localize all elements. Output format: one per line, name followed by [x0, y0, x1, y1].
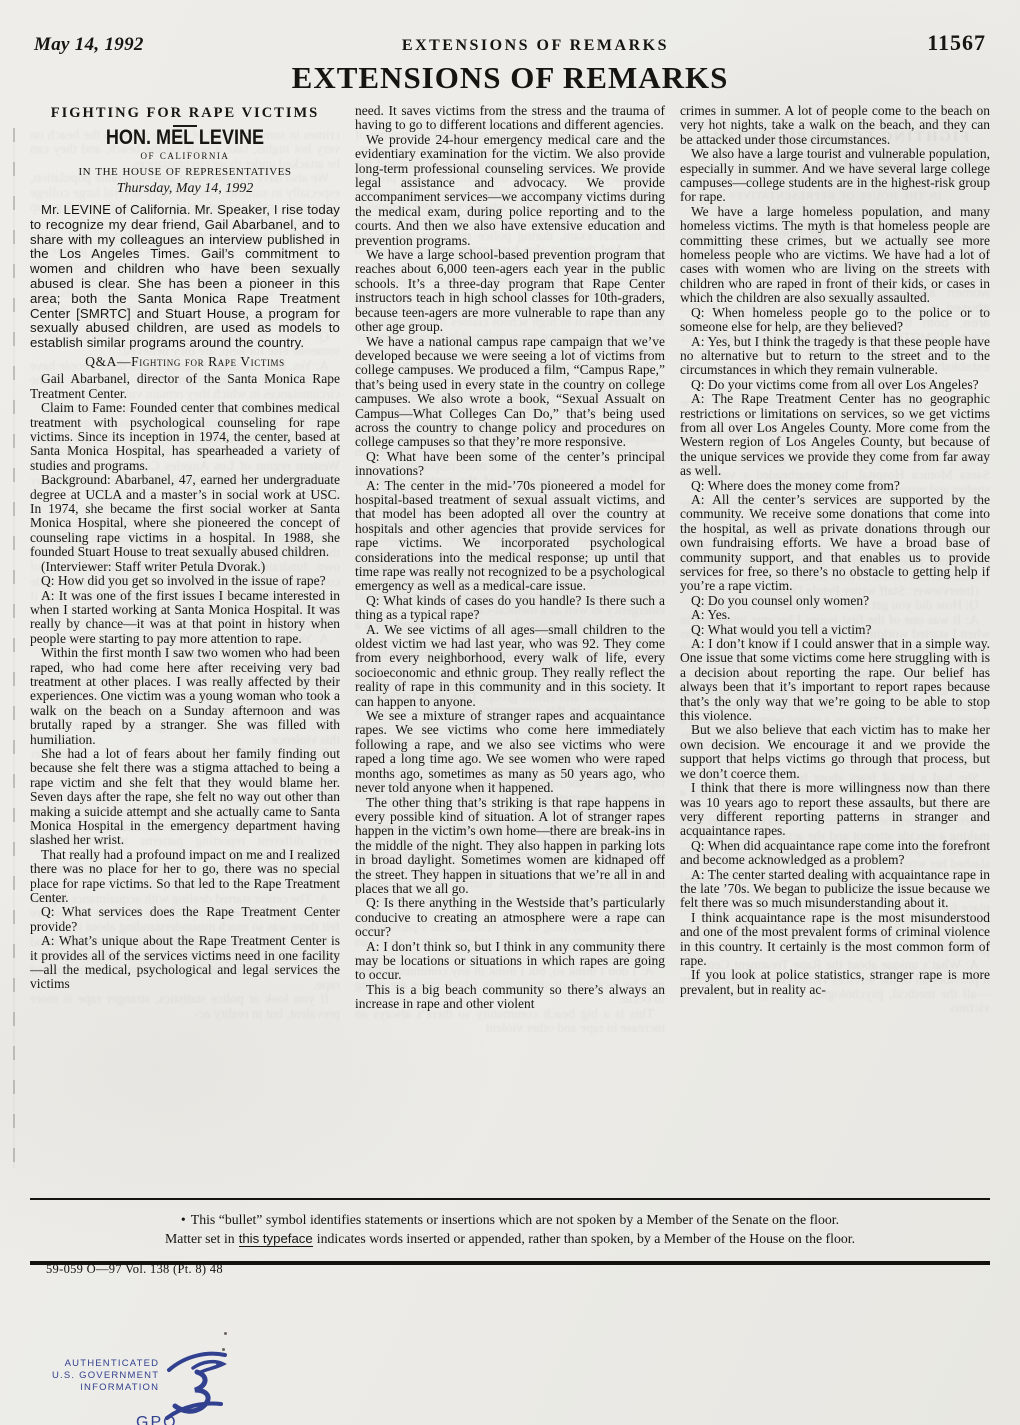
paragraph: But we also believe that each victim has… [680, 723, 990, 781]
paragraph: A: Yes. [680, 608, 990, 622]
paragraph: Q: When homeless people go to the police… [680, 306, 990, 335]
member-name: HON. MEL LEVINE [52, 131, 319, 145]
gpo-authenticated-text: AUTHENTICATED U.S. GOVERNMENT INFORMATIO… [52, 1348, 159, 1394]
paragraph: That really had a profound impact on me … [30, 848, 340, 906]
paragraph: She had a lot of fears about her family … [30, 747, 340, 848]
paragraph: need. It saves victims from the stress a… [355, 104, 665, 133]
paragraph: We have a national campus rape campaign … [355, 335, 665, 450]
paragraph: A. We see victims of all ages—small chil… [355, 623, 665, 709]
paragraph: Q: What kinds of cases do you handle? Is… [355, 594, 665, 623]
gpo-line-1: AUTHENTICATED [52, 1358, 159, 1370]
gpo-logo: AUTHENTICATED U.S. GOVERNMENT INFORMATIO… [52, 1348, 227, 1425]
member-state: of california [30, 148, 340, 162]
typeface-footnote: Matter set inthis typefaceindicates word… [90, 1231, 930, 1247]
qa-heading: Q&A—Fighting for Rape Victims [30, 355, 340, 369]
paragraph: Q: Is there anything in the Westside tha… [355, 896, 665, 939]
gpo-line-2: U.S. GOVERNMENT [52, 1370, 159, 1382]
paragraph: Claim to Fame: Founded center that combi… [30, 401, 340, 473]
paragraph: This is a big beach community so there’s… [355, 983, 665, 1012]
paragraph: We have a large homeless population, and… [680, 205, 990, 306]
columns: FIGHTING FOR RAPE VICTIMSHON. MEL LEVINE… [0, 96, 1020, 1147]
paragraph: Q: Do your victims come from all over Lo… [680, 378, 990, 392]
running-title: EXTENSIONS OF REMARKS [402, 37, 669, 55]
typeface-footnote-post: indicates words inserted or appended, ra… [317, 1231, 855, 1246]
paragraph: We also have a large tourist and vulnera… [680, 147, 990, 205]
paragraph: Gail Abarbanel, director of the Santa Mo… [30, 372, 340, 401]
page-number: 11567 [927, 30, 986, 56]
paragraph: I think acquaintance rape is the most mi… [680, 911, 990, 969]
paragraph: I think that there is more willingness n… [680, 781, 990, 839]
paragraph: crimes in summer. A lot of people come t… [680, 104, 990, 147]
paragraph: Q: Where does the money come from? [680, 479, 990, 493]
paragraph: A: I don’t think so, but I think in any … [355, 940, 665, 983]
column-1: FIGHTING FOR RAPE VICTIMSHON. MEL LEVINE… [30, 104, 340, 1147]
paragraph: Q: Do you counsel only women? [680, 594, 990, 608]
sitting-date: Thursday, May 14, 1992 [30, 182, 340, 196]
paragraph: We have a large school-based prevention … [355, 248, 665, 334]
paragraph: A: The center in the mid-’70s pioneered … [355, 479, 665, 594]
paragraph: A: I don’t know if I could answer that i… [680, 637, 990, 723]
paragraph: Within the first month I saw two women w… [30, 646, 340, 747]
paragraph: Q: What would you tell a victim? [680, 623, 990, 637]
print-imprint: 59-059 O—97 Vol. 138 (Pt. 8) 48 [46, 1262, 223, 1277]
paragraph: (Interviewer: Staff writer Petula Dvorak… [30, 560, 340, 574]
paragraph: Q: How did you get so involved in the is… [30, 574, 340, 588]
column-2: need. It saves victims from the stress a… [355, 104, 665, 1147]
paragraph: Background: Abarbanel, 47, earned her un… [30, 473, 340, 559]
paragraph: A: The Rape Treatment Center has no geog… [680, 392, 990, 478]
congressional-record-page: May 14, 1992 EXTENSIONS OF REMARKS 11567… [0, 0, 1020, 1425]
typeface-footnote-pre: Matter set in [165, 1231, 235, 1246]
issue-date: May 14, 1992 [34, 34, 144, 56]
paragraph: We provide 24-hour emergency medical car… [355, 133, 665, 248]
chamber-line: in the house of representatives [30, 164, 340, 178]
paragraph: We see a mixture of stranger rapes and a… [355, 709, 665, 795]
paragraph: A: Yes, but I think the tragedy is that … [680, 335, 990, 378]
speech-paragraph: Mr. LEVINE of California. Mr. Speaker, I… [30, 203, 340, 351]
bullet-footnote-text: This “bullet” symbol identifies statemen… [191, 1212, 839, 1227]
paragraph: A: The center started dealing with acqua… [680, 868, 990, 911]
paragraph: Q: When did acquaintance rape come into … [680, 839, 990, 868]
gpo-eagle-icon [163, 1348, 227, 1420]
article-title: FIGHTING FOR RAPE VICTIMS [30, 104, 340, 120]
scan-speck [224, 1332, 227, 1335]
column-3: crimes in summer. A lot of people come t… [680, 104, 990, 1147]
paragraph: Q: What have been some of the center’s p… [355, 450, 665, 479]
bullet-footnote: •This “bullet” symbol identifies stateme… [90, 1212, 930, 1228]
bullet-icon: • [181, 1212, 186, 1227]
paragraph: If you look at police statistics, strang… [680, 968, 990, 997]
running-header: May 14, 1992 EXTENSIONS OF REMARKS 11567 [0, 0, 1020, 56]
footnote-box: •This “bullet” symbol identifies stateme… [30, 1198, 990, 1265]
paragraph: Q: What services does the Rape Treatment… [30, 905, 340, 934]
paragraph: The other thing that’s striking is that … [355, 796, 665, 897]
section-title: EXTENSIONS OF REMARKS [0, 60, 1020, 96]
paragraph: A: It was one of the first issues I beca… [30, 589, 340, 647]
gpo-line-3: INFORMATION [52, 1382, 159, 1394]
paragraph: A: What’s unique about the Rape Treatmen… [30, 934, 340, 992]
typeface-sample: this typeface [239, 1231, 313, 1247]
paragraph: A: All the center’s services are support… [680, 493, 990, 594]
